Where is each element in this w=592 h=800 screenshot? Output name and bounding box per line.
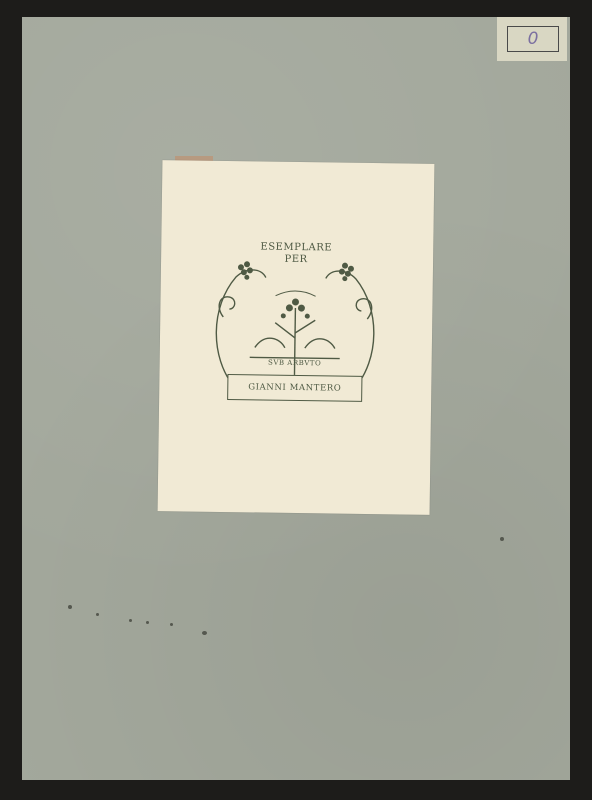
stain-spot (96, 613, 99, 616)
stain-spot (202, 631, 207, 635)
stain-spot (170, 623, 173, 626)
stain-spot (68, 605, 72, 609)
stain-spot (129, 619, 132, 622)
stain-spot (146, 621, 149, 624)
owner-name-plate: GIANNI MANTERO (227, 374, 362, 402)
bookplate-card: ESEMPLARE PER SVB ARBVTO GIANNI MANTERO (158, 160, 435, 515)
catalog-label: 0 (497, 17, 567, 61)
owner-name: GIANNI MANTERO (248, 382, 341, 393)
catalog-label-number: 0 (507, 26, 559, 52)
stain-spot (500, 537, 504, 541)
